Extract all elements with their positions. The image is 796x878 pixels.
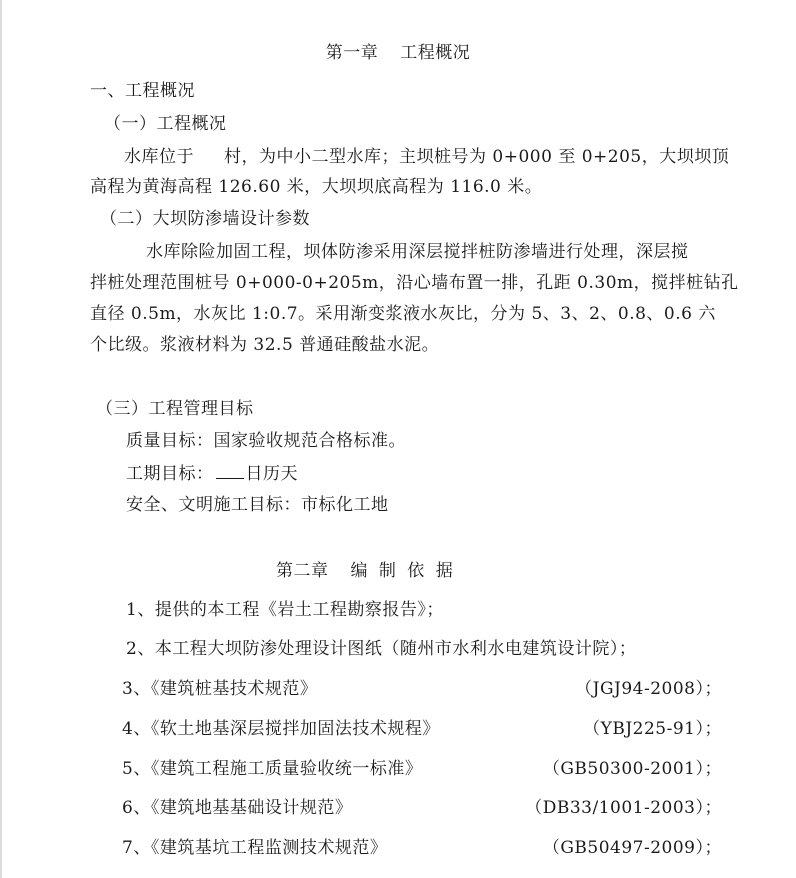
paragraph-1-line-1: 水库位于村，为中小二型水库；主坝桩号为 0+000 至 0+205，大坝坝顶 [124,146,729,168]
reference-code: （YBJ225-91）； [583,718,722,740]
reference-item-5: 5、《建筑工程施工质量验收统一标准》 （GB50300-2001）； [122,758,722,780]
schedule-blank [216,462,244,479]
reference-title: 4、《软土地基深层搅拌加固法技术规程》 [122,718,440,740]
safety-target: 安全、文明施工目标：市标化工地 [126,494,389,516]
paragraph-2-line-3: 直径 0.5m，水灰比 1:0.7。采用渐变浆液水灰比，分为 5、3、2、0.8… [90,303,716,325]
paragraph-2-line-1: 水库除险加固工程，坝体防渗采用深层搅拌桩防渗墙进行处理，深层搅 [146,241,689,263]
paragraph-2-line-4: 个比级。浆液材料为 32.5 普通硅酸盐水泥。 [90,334,439,356]
reference-item-4: 4、《软土地基深层搅拌加固法技术规程》 （YBJ225-91）； [122,718,722,740]
chapter-1-number: 第一章 [326,43,379,63]
reference-code: （GB50300-2001）； [543,758,722,780]
reference-item-7: 7、《建筑基坑工程监测技术规范》 （GB50497-2009）； [122,837,722,859]
reference-title: 6、《建筑地基基础设计规范》 [122,797,352,819]
page-edge [0,0,2,878]
section-1-heading: 一、工程概况 [90,80,195,102]
reference-title: 5、《建筑工程施工质量验收统一标准》 [122,758,422,780]
chapter-2-number: 第二章 [276,561,329,581]
paragraph-1-line-2: 高程为黄海高程 126.60 米，大坝坝底高程为 116.0 米。 [90,176,542,198]
chapter-2-name: 编 制 依 据 [351,561,456,581]
reference-item-3: 3、《建筑桩基技术规范》 （JGJ94-2008）； [122,678,722,700]
reference-code: （GB50497-2009）； [543,837,722,859]
chapter-2-title: 第二章编 制 依 据 [276,560,456,582]
chapter-1-name: 工程概况 [400,43,470,63]
paragraph-2-line-2: 拌桩处理范围桩号 0+000-0+205m，沿心墙布置一排，孔距 0.30m，搅… [90,272,739,294]
schedule-target: 工期目标：日历天 [126,462,298,485]
reference-item-2: 2、本工程大坝防渗处理设计图纸（随州市水利水电建筑设计院）； [126,638,636,660]
reference-title: 7、《建筑基坑工程监测技术规范》 [122,837,387,859]
subsection-1-heading: （一）工程概况 [104,113,227,135]
reference-code: （DB33/1001-2003）； [525,797,722,819]
reference-code: （JGJ94-2008）； [575,678,722,700]
quality-target: 质量目标：国家验收规范合格标准。 [126,430,406,452]
subsection-2-heading: （二）大坝防渗墙设计参数 [100,208,310,230]
reference-item-1: 1、提供的本工程《岩土工程勘察报告》； [126,599,444,621]
chapter-1-title: 第一章工程概况 [0,42,796,64]
reference-item-6: 6、《建筑地基基础设计规范》 （DB33/1001-2003）； [122,797,722,819]
reference-title: 3、《建筑桩基技术规范》 [122,678,317,700]
subsection-3-heading: （三）工程管理目标 [96,398,254,420]
